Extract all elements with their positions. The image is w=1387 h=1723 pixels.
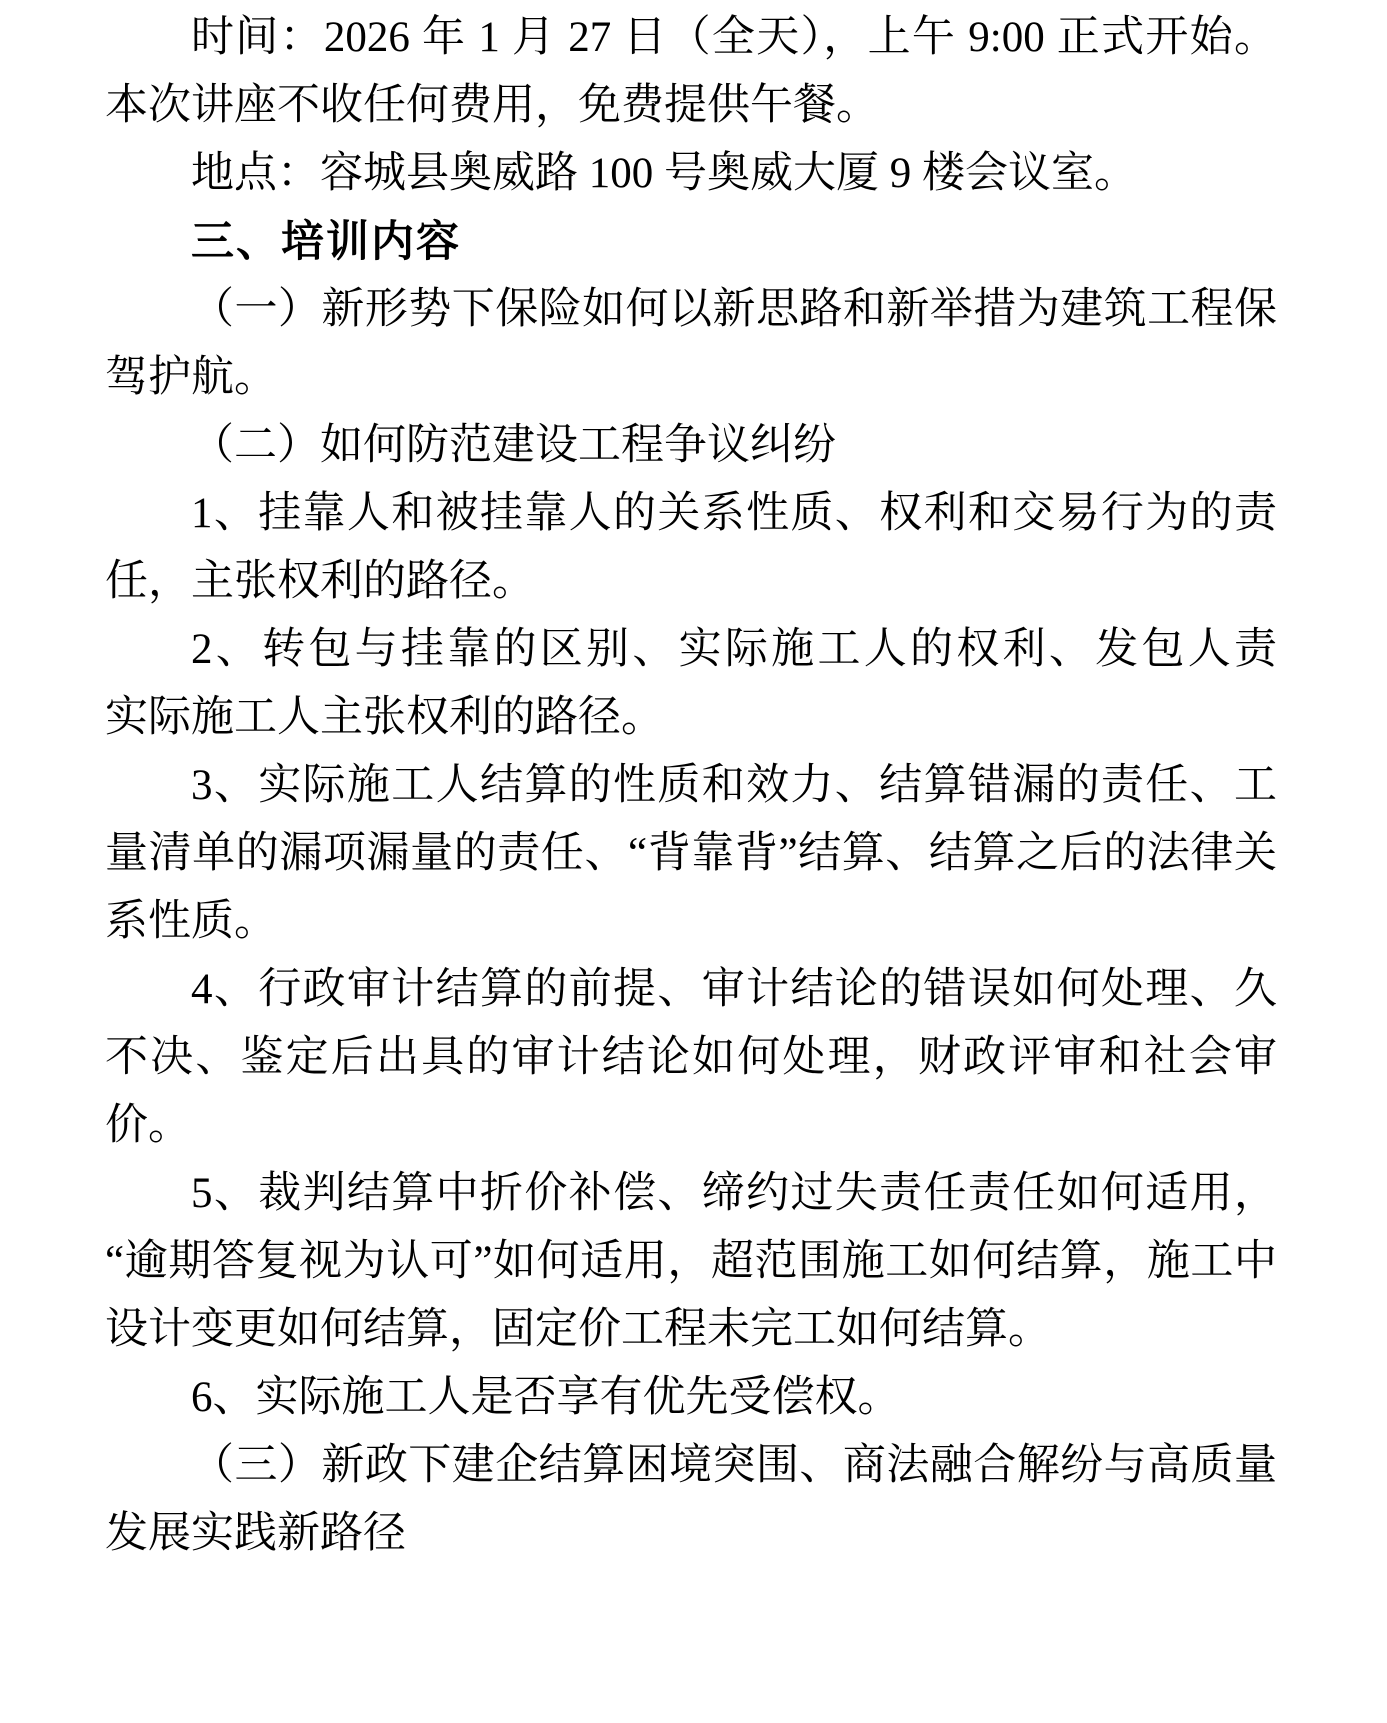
text-line: 本次讲座不收任何费用，免费提供午餐。 <box>105 72 1277 140</box>
text-line: 驾护航。 <box>105 344 1277 412</box>
text-line: 系性质。 <box>105 888 1277 956</box>
text-line: 地点：容城县奥威路 100 号奥威大厦 9 楼会议室。 <box>105 140 1277 208</box>
text-line: （一）新形势下保险如何以新思路和新举措为建筑工程保 <box>105 276 1277 344</box>
text-line: 实际施工人主张权利的路径。 <box>105 684 1277 752</box>
text-line: 发展实践新路径 <box>105 1500 1277 1568</box>
text-line: （三）新政下建企结算困境突围、商法融合解纷与高质量 <box>105 1432 1277 1500</box>
section-heading: 三、培训内容 <box>105 208 1277 276</box>
text-line: 设计变更如何结算，固定价工程未完工如何结算。 <box>105 1296 1277 1364</box>
text-line: 时间：2026 年 1 月 27 日（全天），上午 9:00 正式开始。 <box>105 4 1277 72</box>
text-line: 5、裁判结算中折价补偿、缔约过失责任责任如何适用， <box>105 1160 1277 1228</box>
text-line: 6、实际施工人是否享有优先受偿权。 <box>105 1364 1277 1432</box>
text-line: 3、实际施工人结算的性质和效力、结算错漏的责任、工程 <box>105 752 1277 820</box>
text-line: “逾期答复视为认可”如何适用，超范围施工如何结算，施工中 <box>105 1228 1277 1296</box>
text-line: 4、行政审计结算的前提、审计结论的错误如何处理、久审 <box>105 956 1277 1024</box>
text-line: 1、挂靠人和被挂靠人的关系性质、权利和交易行为的责 <box>105 480 1277 548</box>
text-line: 2、转包与挂靠的区别、实际施工人的权利、发包人责任， <box>105 616 1277 684</box>
text-line: 价。 <box>105 1092 1277 1160</box>
text-line: 量清单的漏项漏量的责任、“背靠背”结算、结算之后的法律关 <box>105 820 1277 888</box>
text-line: 任，主张权利的路径。 <box>105 548 1277 616</box>
document-body: 时间：2026 年 1 月 27 日（全天），上午 9:00 正式开始。本次讲座… <box>105 4 1277 1568</box>
text-line: 不决、鉴定后出具的审计结论如何处理，财政评审和社会审 <box>105 1024 1277 1092</box>
text-line: （二）如何防范建设工程争议纠纷 <box>105 412 1277 480</box>
document-page: 时间：2026 年 1 月 27 日（全天），上午 9:00 正式开始。本次讲座… <box>0 0 1387 1723</box>
